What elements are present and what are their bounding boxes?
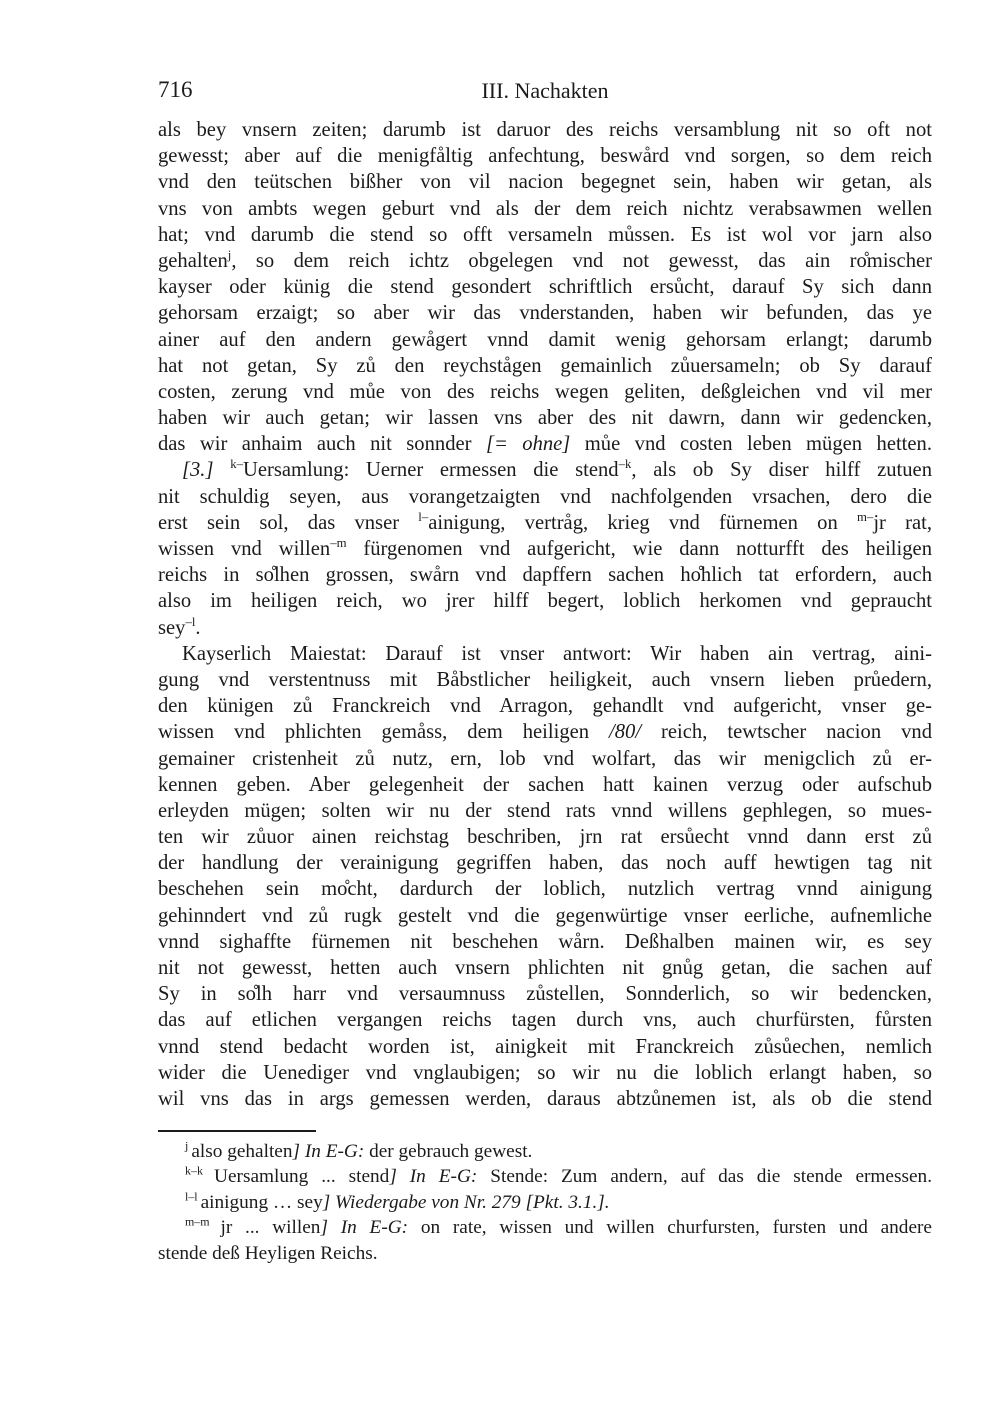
body-text-line: Sy in so̊lh harr vnd versaumnuss zůstell… [158, 981, 932, 1007]
body-text-line: ten wir zůuor ainen reichstag beschriben… [158, 824, 932, 850]
body-text-line: gehorsam erzaigt; so aber wir das vnders… [158, 300, 932, 326]
footnote-separator-rule [158, 1130, 316, 1132]
body-text-line: costen, zerung vnd můe von des reichs we… [158, 379, 932, 405]
body-text-line: hat not getan, Sy zů den reychstågen gem… [158, 353, 932, 379]
body-text-line: [3.] k–Uersamlung: Uerner ermessen die s… [158, 457, 932, 483]
body-text-line: der handlung der verainigung gegriffen h… [158, 850, 932, 876]
body-text-line: nit not gewesst, hetten auch vnsern phli… [158, 955, 932, 981]
body-text-line: beschehen sein mo̊cht, dardurch der lobl… [158, 876, 932, 902]
body-text-line: wil vns das in args gemessen werden, dar… [158, 1086, 932, 1112]
body-text-line: also im heiligen reich, wo jrer hilff be… [158, 588, 932, 614]
body-text-line: den künigen zů Franckreich vnd Arragon, … [158, 693, 932, 719]
body-text-line: Kayserlich Maiestat: Darauf ist vnser an… [158, 641, 932, 667]
body-text: als bey vnsern zeiten; darumb ist daruor… [158, 117, 932, 1112]
footnotes: j also gehalten] In E-G: der gebrauch ge… [158, 1139, 932, 1266]
body-text-line: als bey vnsern zeiten; darumb ist daruor… [158, 117, 932, 143]
body-text-line: gemainer cristenheit zů nutz, ern, lob v… [158, 746, 932, 772]
body-text-line: haben wir auch getan; wir lassen vns abe… [158, 405, 932, 431]
body-text-line: vnnd sighaffte fürnemen nit beschehen wå… [158, 929, 932, 955]
footnote-line: stende deß Heyligen Reichs. [158, 1241, 932, 1266]
body-text-line: gewesst; aber auf die menigfåltig anfech… [158, 143, 932, 169]
book-page: 716 III. Nachakten als bey vnsern zeiten… [0, 0, 1004, 1418]
body-text-line: gehinndert vnd zů rugk gestelt vnd die g… [158, 903, 932, 929]
body-text-line: erst sein sol, das vnser l–ainigung, ver… [158, 510, 932, 536]
body-text-line: kennen geben. Aber gelegenheit der sache… [158, 772, 932, 798]
body-text-line: ainer auf den andern gewågert vnnd damit… [158, 327, 932, 353]
footnote-line: m–m jr ... willen] In E-G: on rate, wiss… [158, 1215, 932, 1240]
body-text-line: nit schuldig seyen, aus vorangetzaigten … [158, 484, 932, 510]
body-text-line: das wir anhaim auch nit sonnder [= ohne]… [158, 431, 932, 457]
body-text-line: wider die Uenediger vnd vnglaubigen; so … [158, 1060, 932, 1086]
footnote-line: j also gehalten] In E-G: der gebrauch ge… [158, 1139, 932, 1164]
body-text-line: sey–l. [158, 615, 932, 641]
body-text-line: vnnd stend bedacht worden ist, ainigkeit… [158, 1034, 932, 1060]
body-text-line: vnd den teütschen bißher von vil nacion … [158, 169, 932, 195]
body-text-line: kayser oder künig die stend gesondert sc… [158, 274, 932, 300]
running-header: 716 III. Nachakten [158, 76, 932, 106]
running-title: III. Nachakten [158, 77, 932, 105]
body-text-line: vns von ambts wegen geburt vnd als der d… [158, 196, 932, 222]
footnote-line: k–k Uersamlung ... stend] In E-G: Stende… [158, 1164, 932, 1189]
body-text-line: gung vnd verstentnuss mit Båbstlicher he… [158, 667, 932, 693]
footnote-line: l–l ainigung … sey] Wiedergabe von Nr. 2… [158, 1190, 932, 1215]
body-text-line: hat; vnd darumb die stend so offt versam… [158, 222, 932, 248]
body-text-line: das auf etlichen vergangen reichs tagen … [158, 1007, 932, 1033]
body-text-line: wissen vnd phlichten gemåss, dem heilige… [158, 719, 932, 745]
body-text-line: erleyden mügen; solten wir nu der stend … [158, 798, 932, 824]
body-text-line: reichs in so̊lhen grossen, swårn vnd dap… [158, 562, 932, 588]
body-text-line: gehaltenj, so dem reich ichtz obgelegen … [158, 248, 932, 274]
body-text-line: wissen vnd willen–m fürgenomen vnd aufge… [158, 536, 932, 562]
